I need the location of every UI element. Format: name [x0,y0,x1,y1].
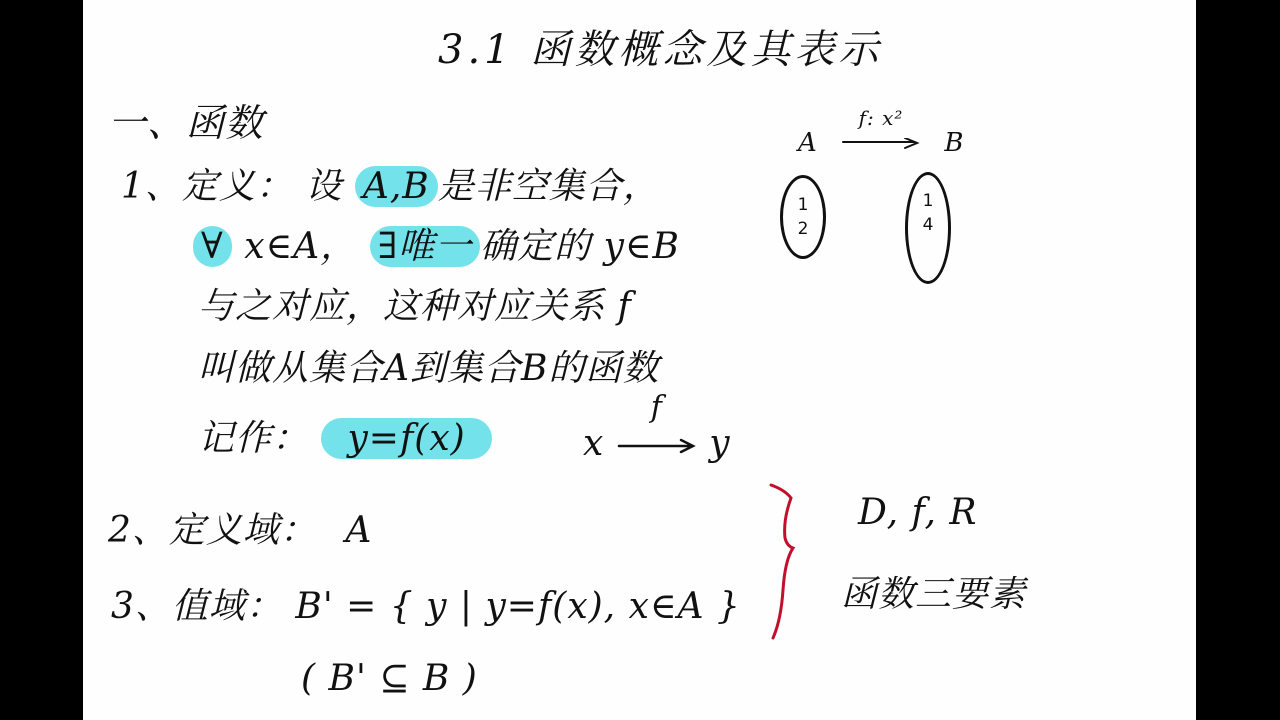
domain-line: 2、定义域： A [108,502,372,553]
set-b-oval: 1 4 [905,172,951,284]
left-letterbox [0,0,83,720]
set-a-element: 1 [798,193,809,217]
mapping-from: x [583,423,604,464]
notation-label: 记作： [198,418,309,459]
highlight-exists-unique: ∃唯一 [370,226,481,267]
set-a-element: 2 [798,217,809,241]
definition-line-4: 叫做从集合A到集合B的函数 [198,340,659,391]
set-b-element: 4 [923,213,934,237]
right-letterbox [1196,0,1280,720]
mapping-label: f [617,393,697,423]
set-b-element: 1 [923,189,934,213]
highlight-sets: A,B [355,166,438,207]
note-page: 3.1 函数概念及其表示 一、函数 1、定义： 设 A,B是非空集合， ∀ x∈… [83,0,1196,720]
mapping-notation: x f y [583,393,731,464]
right-brace-icon [765,480,805,645]
range-line: 3、值域： B' = { y | y=f(x), x∈A } [111,578,741,629]
range-note: ( B' ⊆ B ) [301,658,478,699]
mapping-to: y [709,423,730,464]
definition-label: 1、定义： [121,166,293,207]
three-elements-label: 函数三要素 [841,566,1026,617]
section-heading: 一、函数 [108,92,264,147]
page-title: 3.1 函数概念及其表示 [438,18,882,75]
range-value: B' = { y | y=f(x), x∈A } [295,586,741,627]
range-label: 3、值域： [111,586,283,627]
three-elements-items: D, f, R [858,492,978,533]
definition-line-1: 1、定义： 设 A,B是非空集合， [121,158,660,209]
right-arrow-icon [841,138,921,150]
set-a-oval: 1 2 [780,175,826,259]
example-set-b: B [944,128,964,158]
definition-text: x∈A， [244,226,357,267]
definition-line-2: ∀ x∈A， ∃唯一确定的 y∈B [193,218,680,269]
example-map-label: f: x² [841,108,921,128]
highlight-function-notation: y=f(x) [321,418,491,459]
right-arrow-icon [617,438,697,454]
definition-line-5: 记作： y=f(x) [198,410,492,461]
domain-value: A [345,510,372,551]
example-mapping-header: A f: x² B [798,108,964,158]
definition-line-3: 与之对应，这种对应关系 f [198,278,632,329]
example-set-a: A [798,128,818,158]
definition-text: 是非空集合， [438,166,660,207]
definition-text: 确定的 y∈B [480,226,680,267]
definition-text: 设 [305,166,342,207]
highlight-forall: ∀ [193,226,232,267]
domain-label: 2、定义域： [108,510,317,551]
